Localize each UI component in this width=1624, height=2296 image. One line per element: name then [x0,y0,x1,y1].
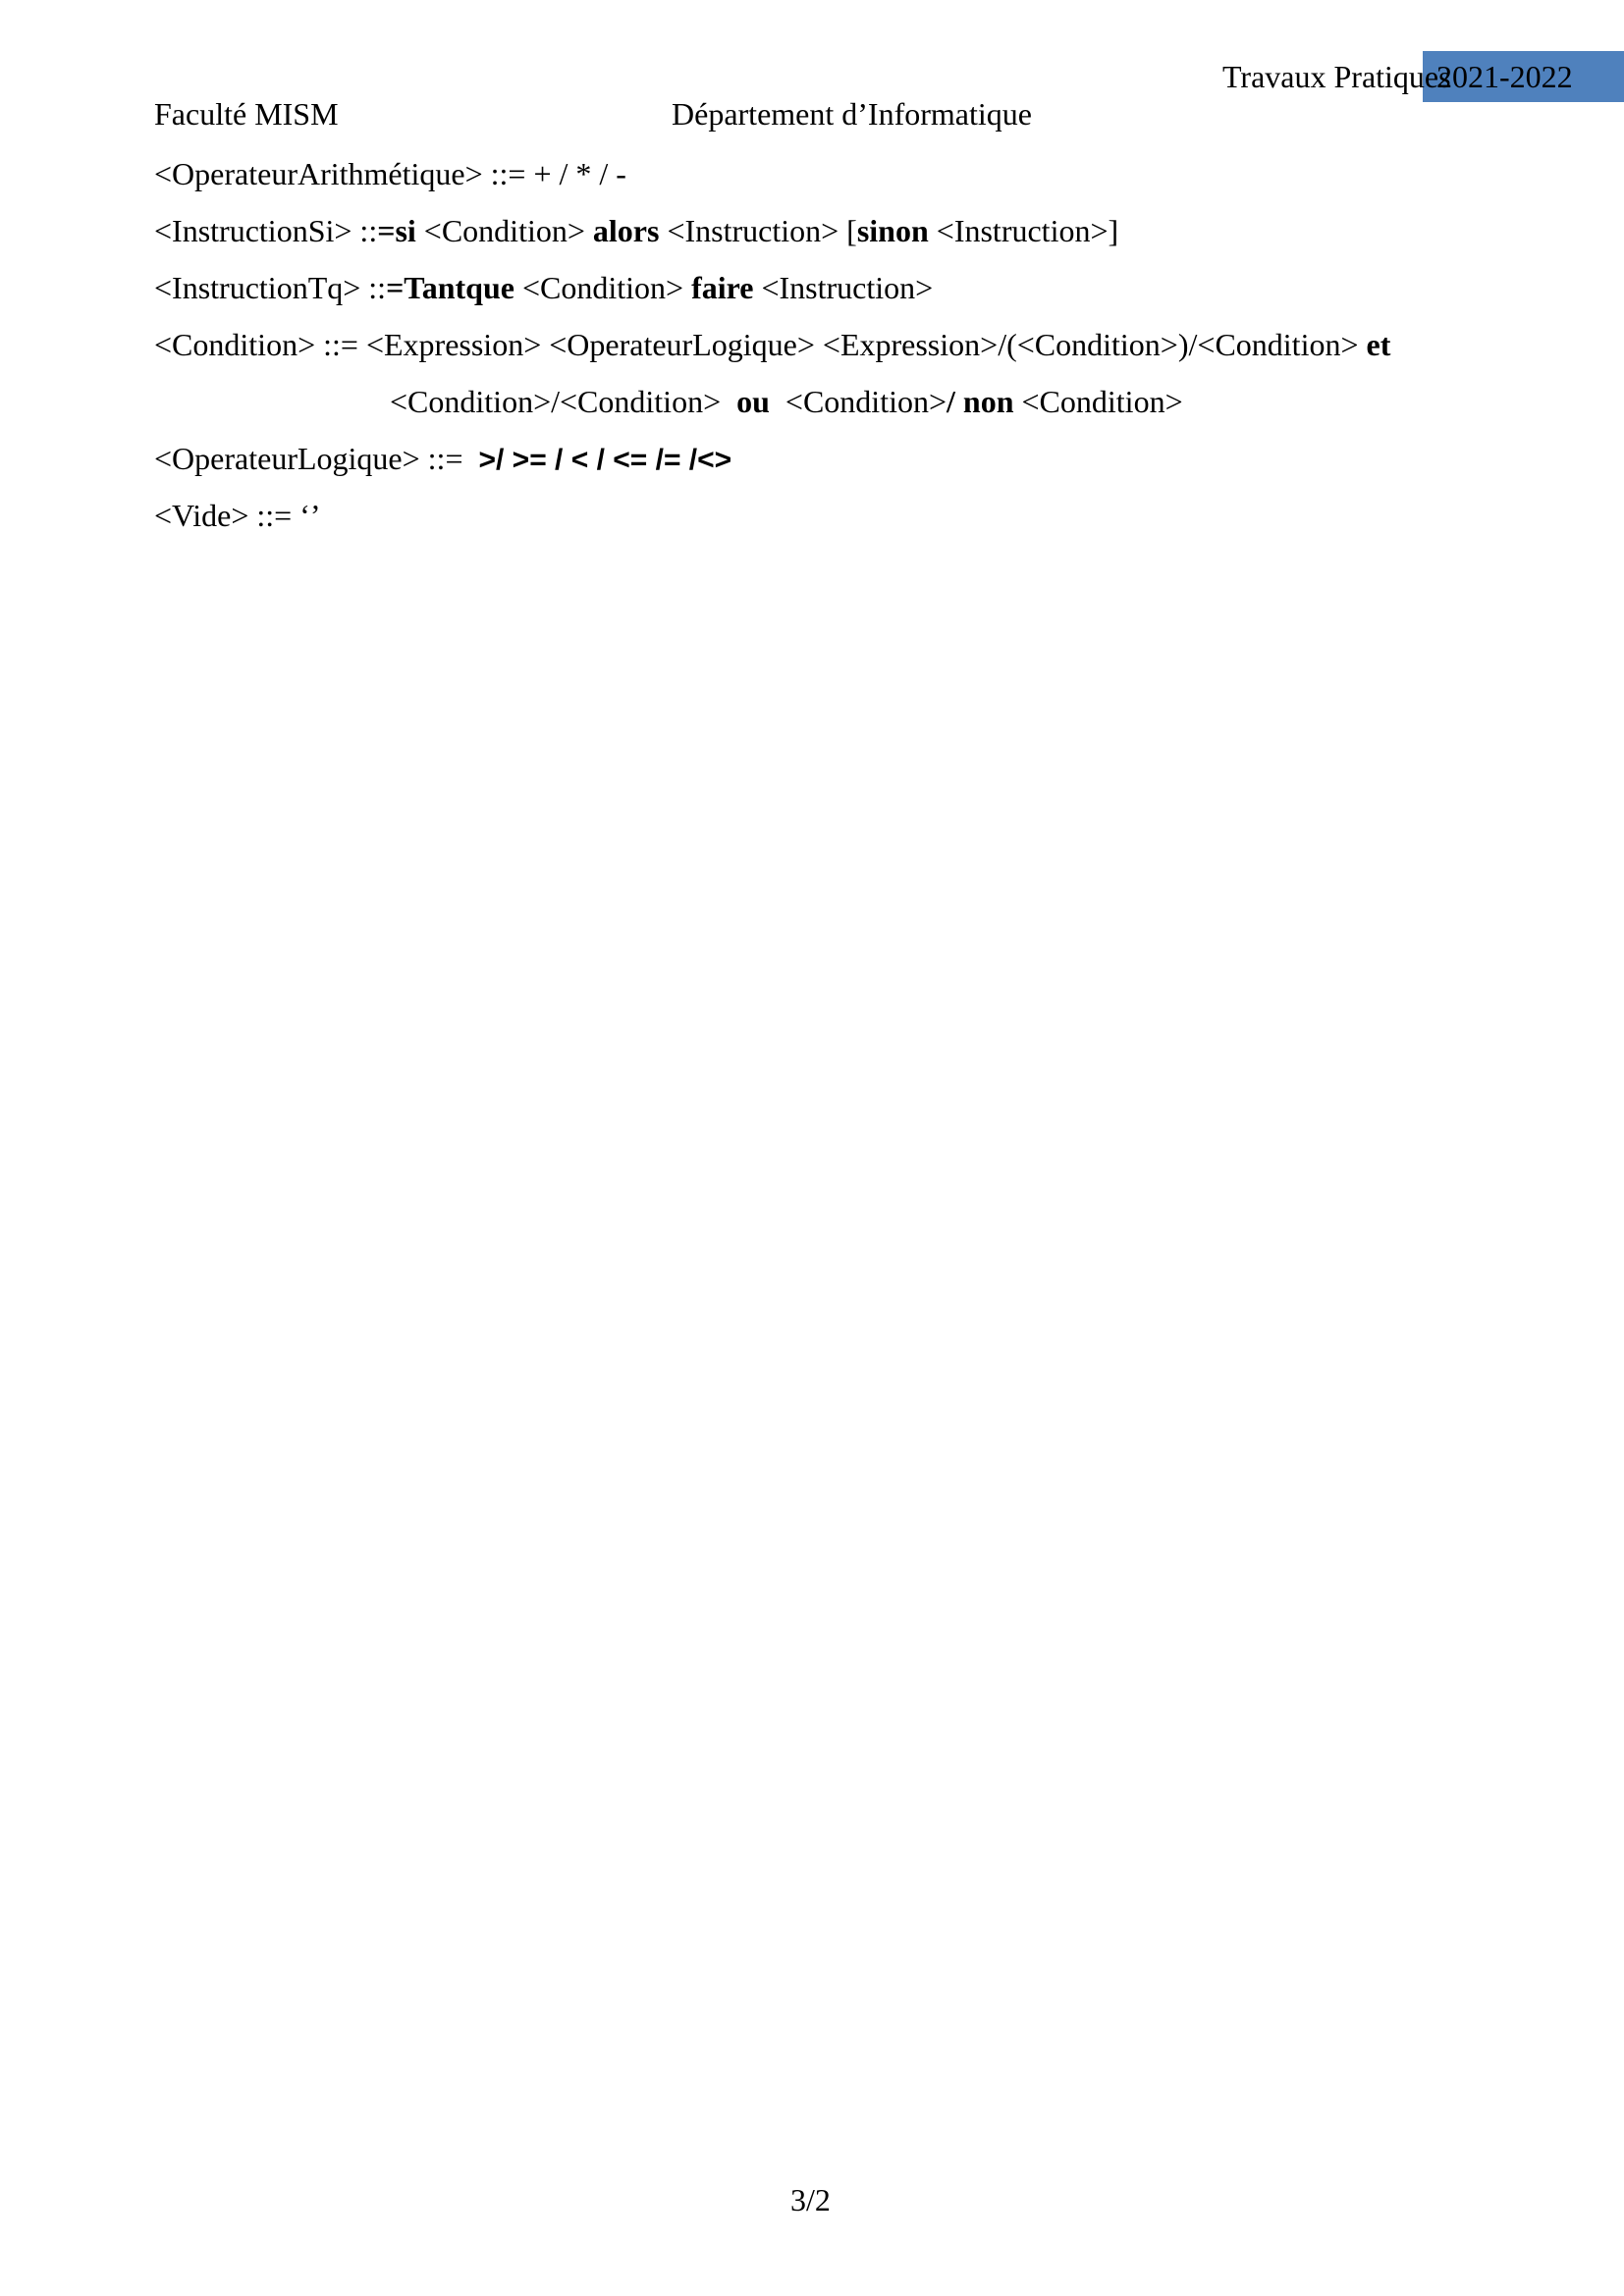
rule-lhs: <OperateurArithmétique> [154,156,483,191]
rule-text: <Instruction>] [929,213,1118,248]
header-faculty: Faculté MISM [154,98,339,130]
rule-rhs: ::= + / * / - [483,156,626,191]
rule-instruction-tq: <InstructionTq> ::=Tantque <Condition> f… [154,272,933,303]
keyword-faire: faire [691,270,753,305]
keyword-non: non [963,384,1014,419]
page-number: 3/2 [790,2184,831,2216]
rule-text: <Condition> ::= <Expression> <OperateurL… [154,327,1367,362]
keyword-ou: ou [736,384,770,419]
keyword-et: et [1367,327,1391,362]
rule-text: <Instruction> [ [659,213,856,248]
rule-lhs: <InstructionSi> :: [154,213,377,248]
rule-lhs: <OperateurLogique> ::= [154,441,478,476]
keyword-sinon: sinon [857,213,929,248]
rule-text: <Condition> [514,270,691,305]
rule-condition-line1: <Condition> ::= <Expression> <OperateurL… [154,329,1390,360]
keyword-alors: alors [593,213,660,248]
header-year: 2021-2022 [1436,61,1573,92]
rule-instruction-si: <InstructionSi> ::=si <Condition> alors … [154,215,1118,246]
rule-text: <Condition>/<Condition> [390,384,736,419]
rule-text: <Condition> [416,213,593,248]
rule-text: <Condition> [770,384,947,419]
keyword-tantque: Tantque [404,270,514,305]
logical-operators: >/ >= / < / <= /= /<> [478,444,731,476]
rule-condition-line2: <Condition>/<Condition> ou <Condition>/ … [390,386,1183,417]
rule-text: <Instruction> [753,270,933,305]
separator: / [947,384,963,419]
rule-operateur-logique: <OperateurLogique> ::= >/ >= / < / <= /=… [154,443,731,475]
rule-operateur-arithmetique: <OperateurArithmétique> ::= + / * / - [154,158,626,189]
rule-vide: <Vide> ::= ‘’ [154,500,321,531]
keyword-si: si [395,213,415,248]
header-title: Travaux Pratiques [1222,61,1451,92]
rule-lhs: <InstructionTq> :: [154,270,386,305]
rule-text: <Condition> [1014,384,1183,419]
header-department: Département d’Informatique [672,98,1032,130]
assign-symbol: = [386,270,404,305]
assign-symbol: = [377,213,395,248]
